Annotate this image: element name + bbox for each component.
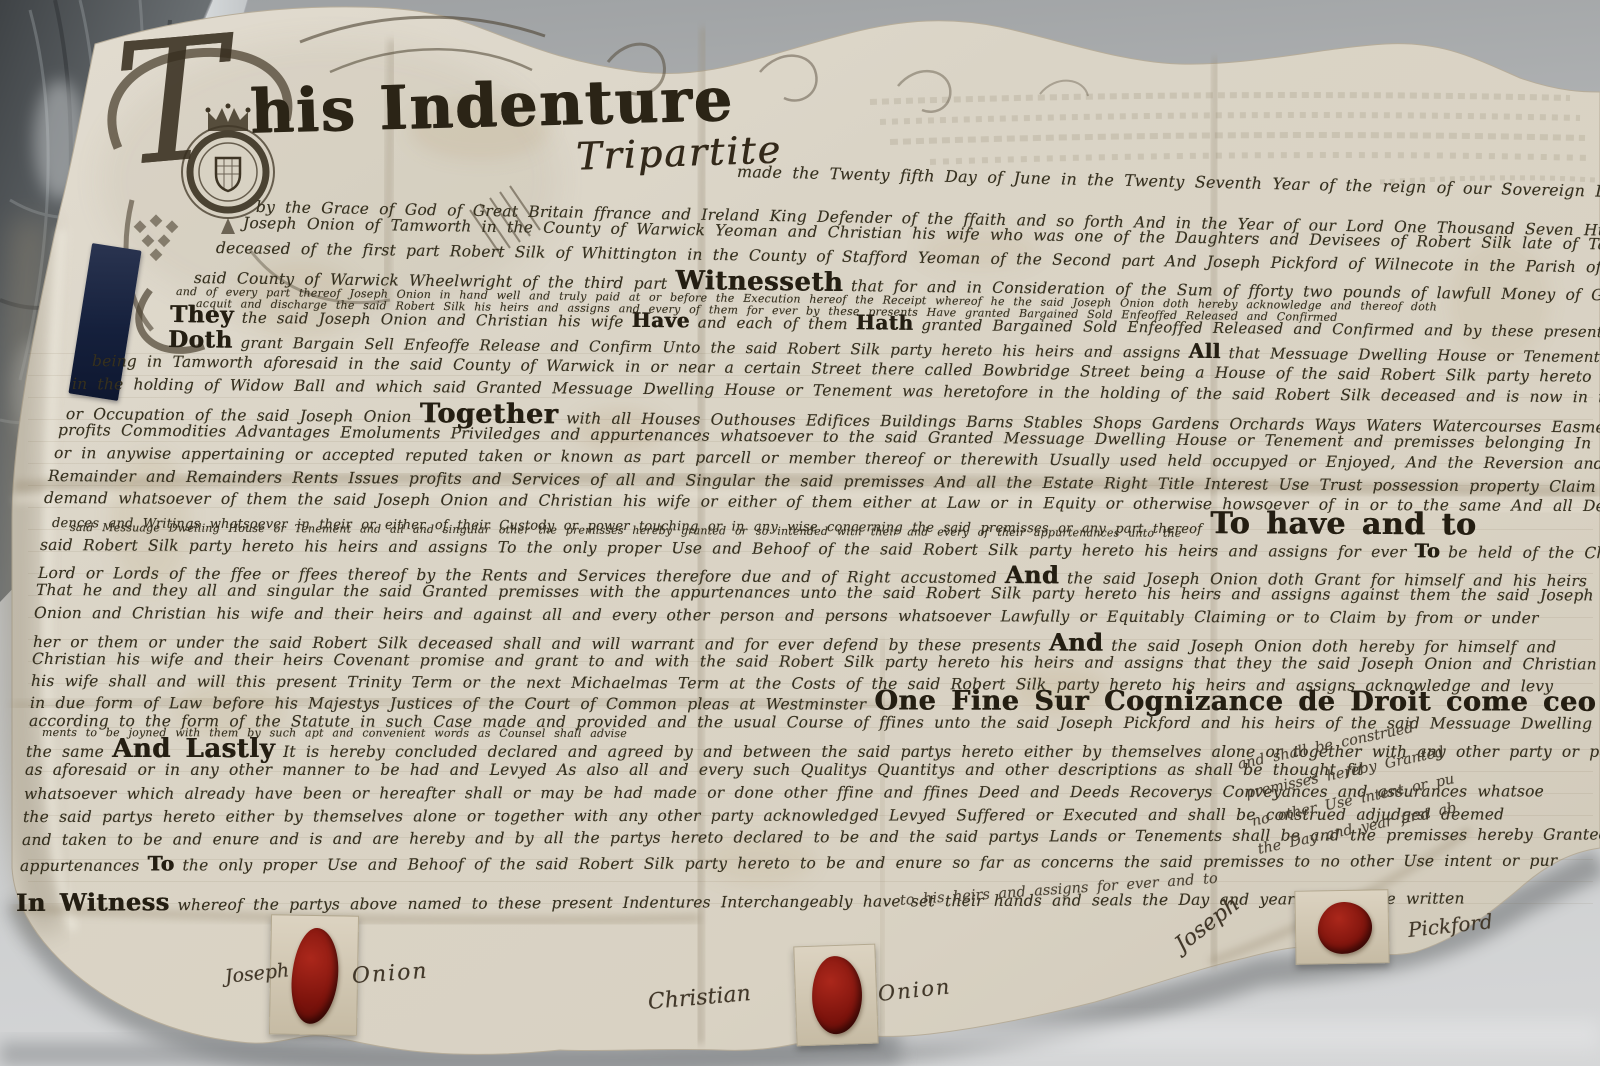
signature: Onion <box>351 959 429 989</box>
manuscript-line: as aforesaid or in any other manner to b… <box>25 761 1372 779</box>
photograph-of-parchment-indenture: T his Indenture Tripartite made the Twen… <box>0 0 1600 1066</box>
ornate-initial: T <box>109 13 235 190</box>
